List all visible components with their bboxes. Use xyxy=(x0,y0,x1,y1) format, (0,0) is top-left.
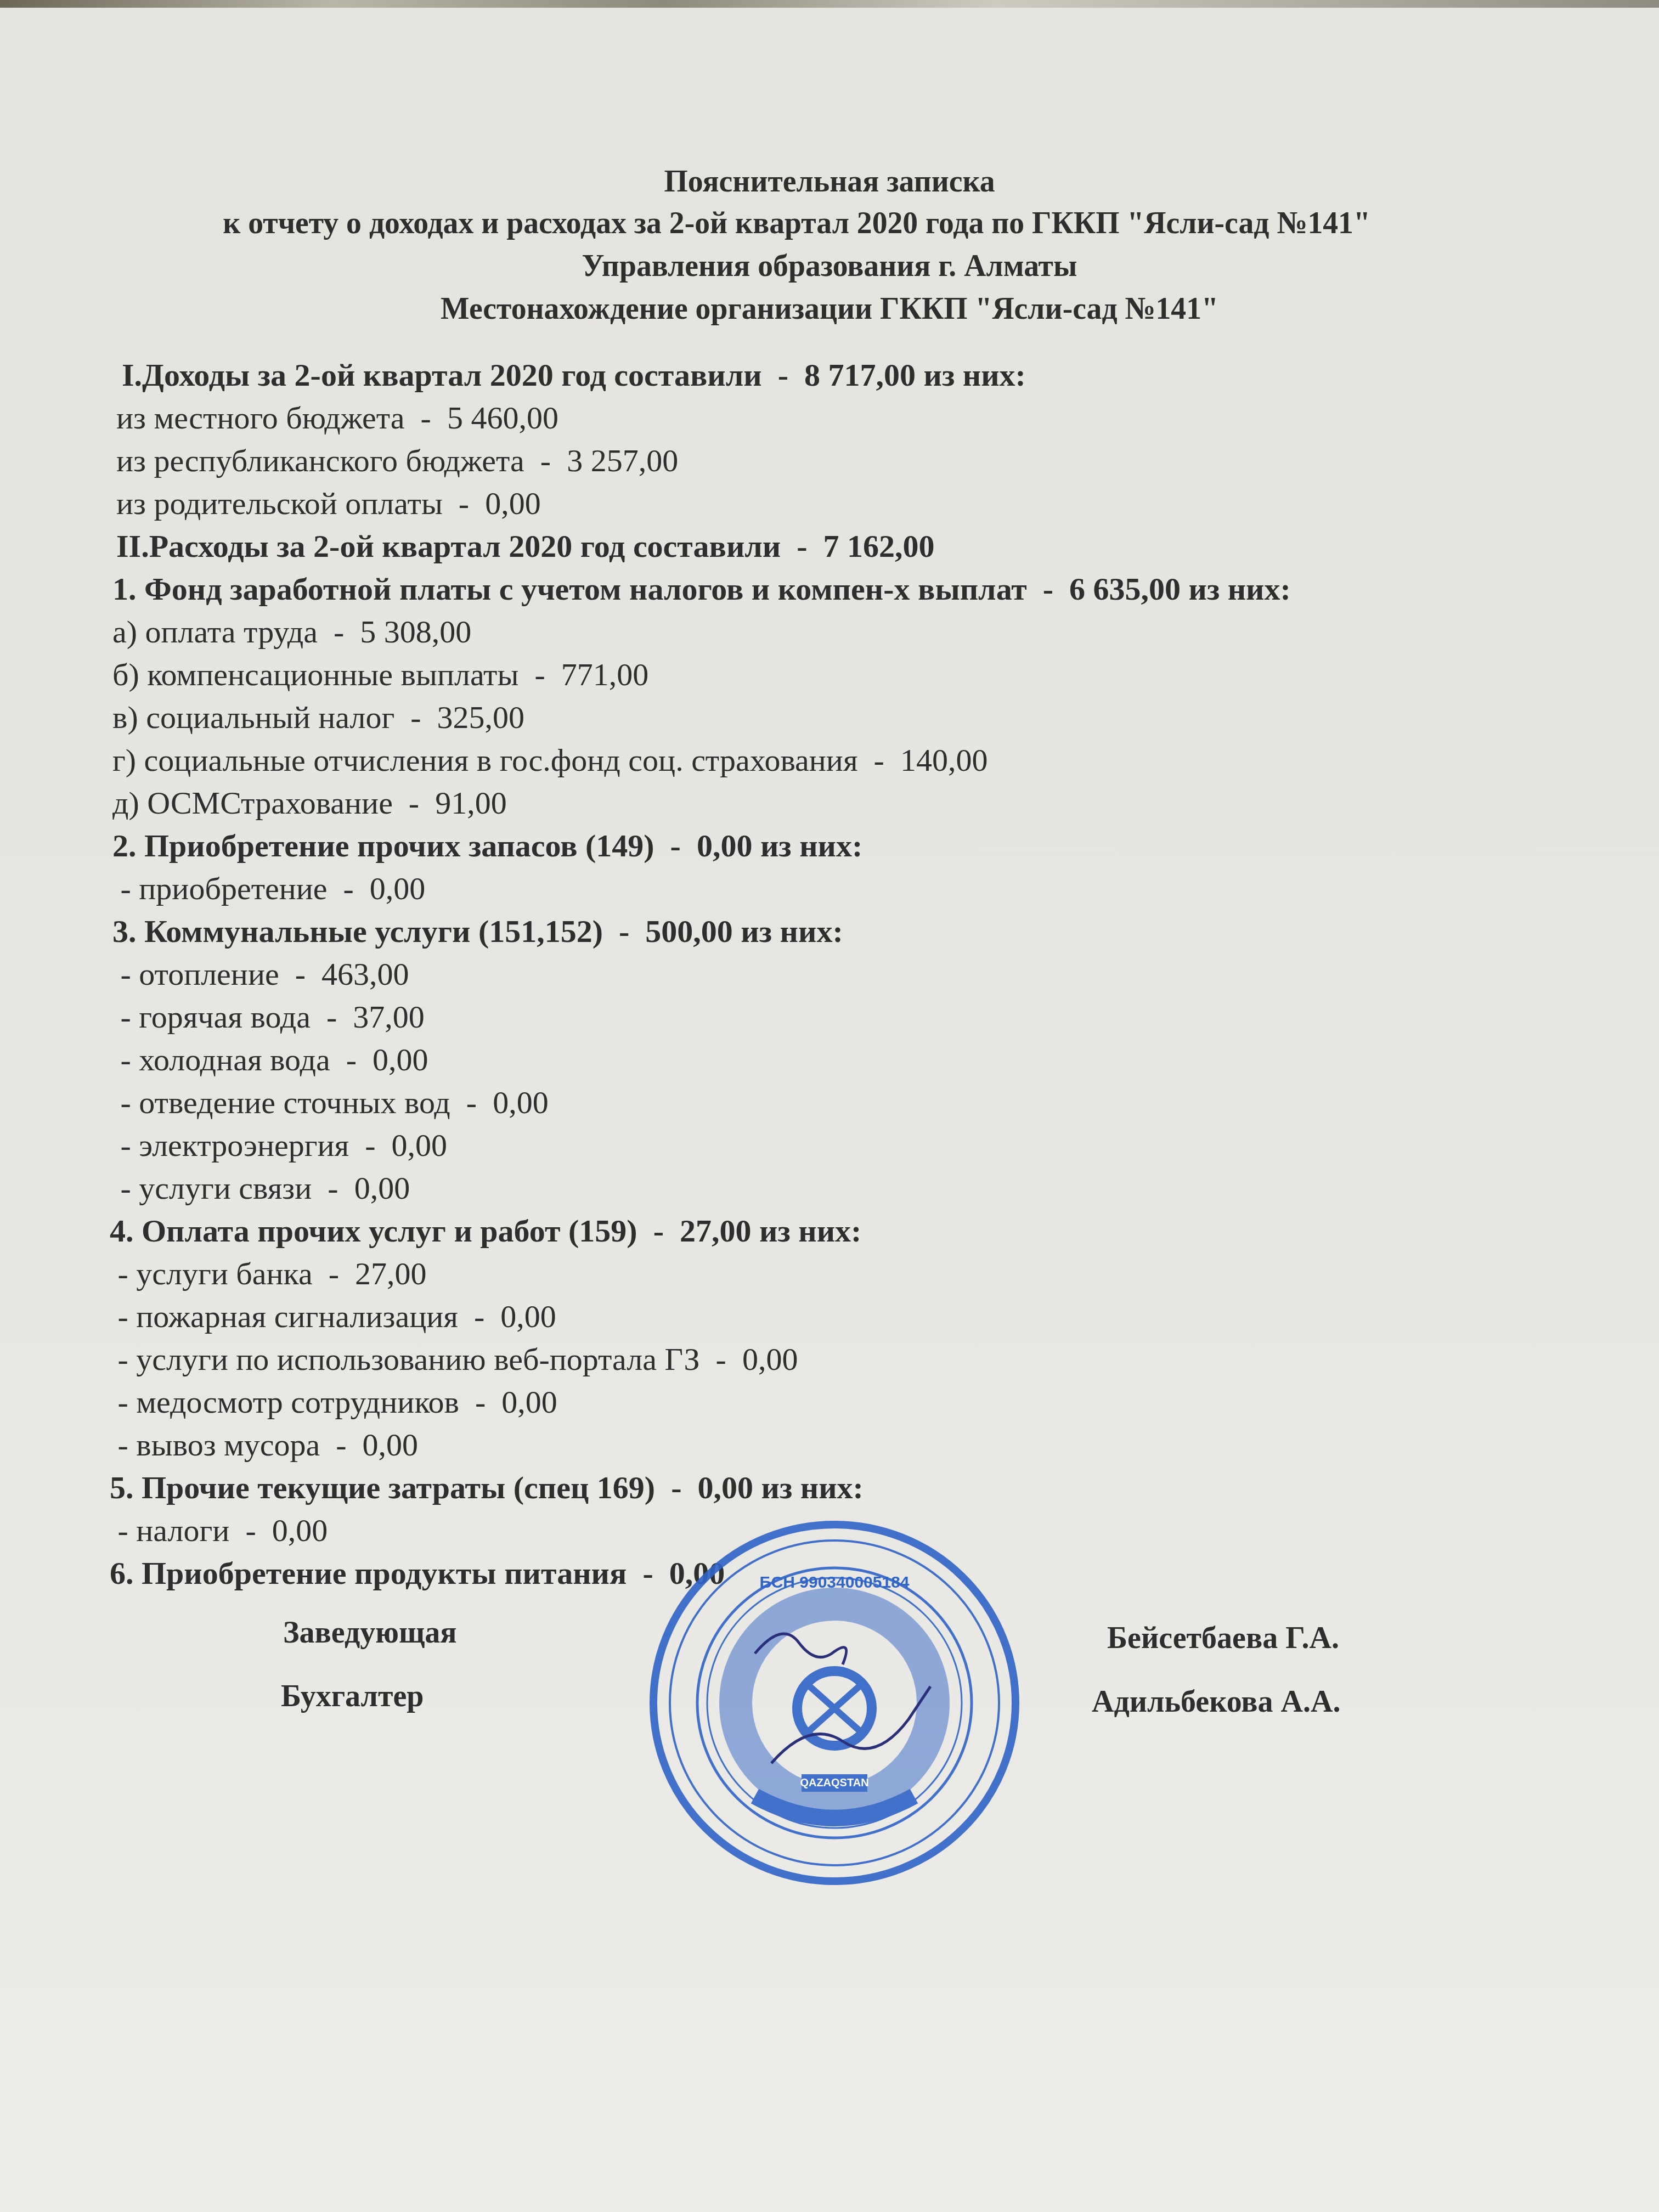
section-heading-other: 5. Прочие текущие затраты (спец 169) - 0… xyxy=(110,1469,864,1506)
head-name: Бейсетбаева Г.А. xyxy=(1107,1621,1339,1656)
department-line: Управления образования г. Алматы xyxy=(33,247,1626,284)
section-heading-payroll: 1. Фонд заработной платы с учетом налого… xyxy=(112,571,1291,607)
expenses-heading: II.Расходы за 2-ой квартал 2020 год сост… xyxy=(116,528,935,565)
expense-item: - приобретение - 0,00 xyxy=(112,870,425,907)
stamp-bin: БСН 990340005184 xyxy=(759,1573,909,1592)
expense-item: - горячая вода - 37,00 xyxy=(112,998,425,1035)
income-heading: I.Доходы за 2-ой квартал 2020 год состав… xyxy=(122,357,1026,393)
section-heading-food: 6. Приобретение продукты питания - 0,00 xyxy=(110,1555,725,1592)
expense-item: д) ОСМСтрахование - 91,00 xyxy=(112,785,507,821)
head-role-label: Заведующая xyxy=(283,1615,457,1650)
income-item: из местного бюджета - 5 460,00 xyxy=(116,399,558,436)
expense-item: - налоги - 0,00 xyxy=(110,1512,328,1549)
expense-item: - холодная вода - 0,00 xyxy=(112,1041,428,1078)
expense-item: - отведение сточных вод - 0,00 xyxy=(112,1084,549,1121)
document-subtitle: к отчету о доходах и расходах за 2-ой кв… xyxy=(0,204,1593,241)
accountant-role-label: Бухгалтер xyxy=(281,1679,424,1714)
expense-item: - пожарная сигнализация - 0,00 xyxy=(110,1298,556,1335)
expense-item: - электроэнергия - 0,00 xyxy=(112,1127,447,1164)
expense-item: - услуги по использованию веб-портала ГЗ… xyxy=(110,1341,798,1378)
accountant-name: Адильбекова А.А. xyxy=(1092,1684,1340,1719)
section-heading-services: 4. Оплата прочих услуг и работ (159) - 2… xyxy=(110,1212,861,1249)
official-stamp: БСН 990340005184 QAZAQSTAN xyxy=(645,1511,1024,1889)
expense-item: г) социальные отчисления в гос.фонд соц.… xyxy=(112,742,988,778)
expense-item: - медосмотр сотрудников - 0,00 xyxy=(110,1384,557,1420)
section-heading-supplies: 2. Приобретение прочих запасов (149) - 0… xyxy=(112,827,862,864)
stamp-emblem-text: QAZAQSTAN xyxy=(800,1777,868,1789)
location-line: Местонахождение организации ГККП "Ясли-с… xyxy=(33,290,1626,326)
expense-item: - услуги связи - 0,00 xyxy=(112,1170,410,1206)
expense-item: б) компенсационные выплаты - 771,00 xyxy=(112,656,648,693)
income-item: из республиканского бюджета - 3 257,00 xyxy=(116,442,678,479)
expense-item: - вывоз мусора - 0,00 xyxy=(110,1426,418,1463)
income-item: из родительской оплаты - 0,00 xyxy=(116,485,541,522)
expense-item: - отопление - 463,00 xyxy=(112,956,409,992)
expense-item: а) оплата труда - 5 308,00 xyxy=(112,613,471,650)
expense-item: - услуги банка - 27,00 xyxy=(110,1255,426,1292)
document-page: Пояснительная записка к отчету о доходах… xyxy=(0,8,1659,2212)
expense-item: в) социальный налог - 325,00 xyxy=(112,699,524,736)
document-title: Пояснительная записка xyxy=(33,162,1626,199)
section-heading-utilities: 3. Коммунальные услуги (151,152) - 500,0… xyxy=(112,913,843,950)
